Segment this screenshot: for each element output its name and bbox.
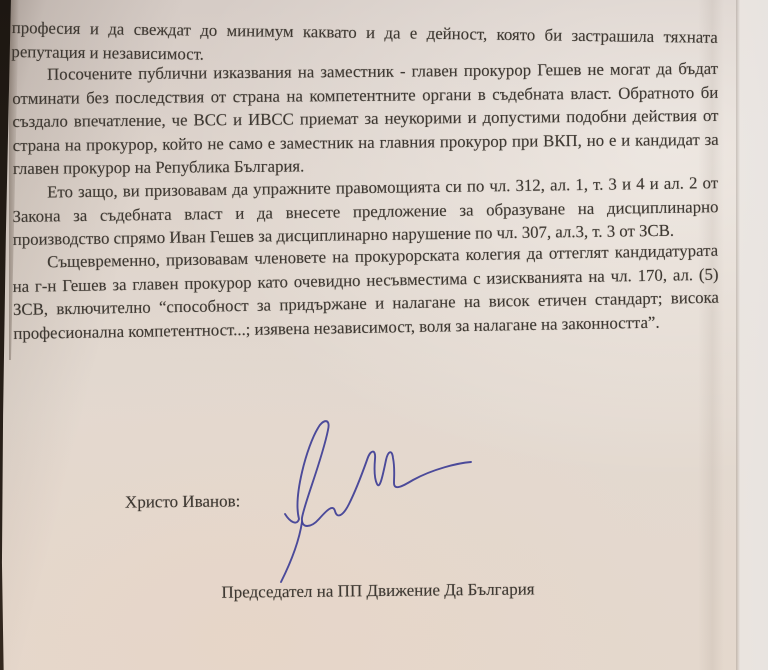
signer-name-label: Христо Иванов:	[125, 491, 241, 512]
body-paragraph: Ето защо, ви призовавам да упражните пра…	[12, 171, 719, 251]
letter-body: професия и да свеждат до минимум каквато…	[12, 16, 718, 345]
signature-descender-stroke	[281, 522, 302, 582]
body-paragraph: Същевременно, призовавам членовете на пр…	[12, 239, 720, 345]
signature-main-stroke	[285, 421, 471, 526]
body-paragraph: Посочените публични изказвания на замест…	[12, 57, 719, 181]
paper-right-edge	[736, 0, 768, 670]
signature-ink	[272, 416, 487, 601]
photographed-letter-page: { "document": { "language": "bg", "parag…	[0, 0, 768, 670]
